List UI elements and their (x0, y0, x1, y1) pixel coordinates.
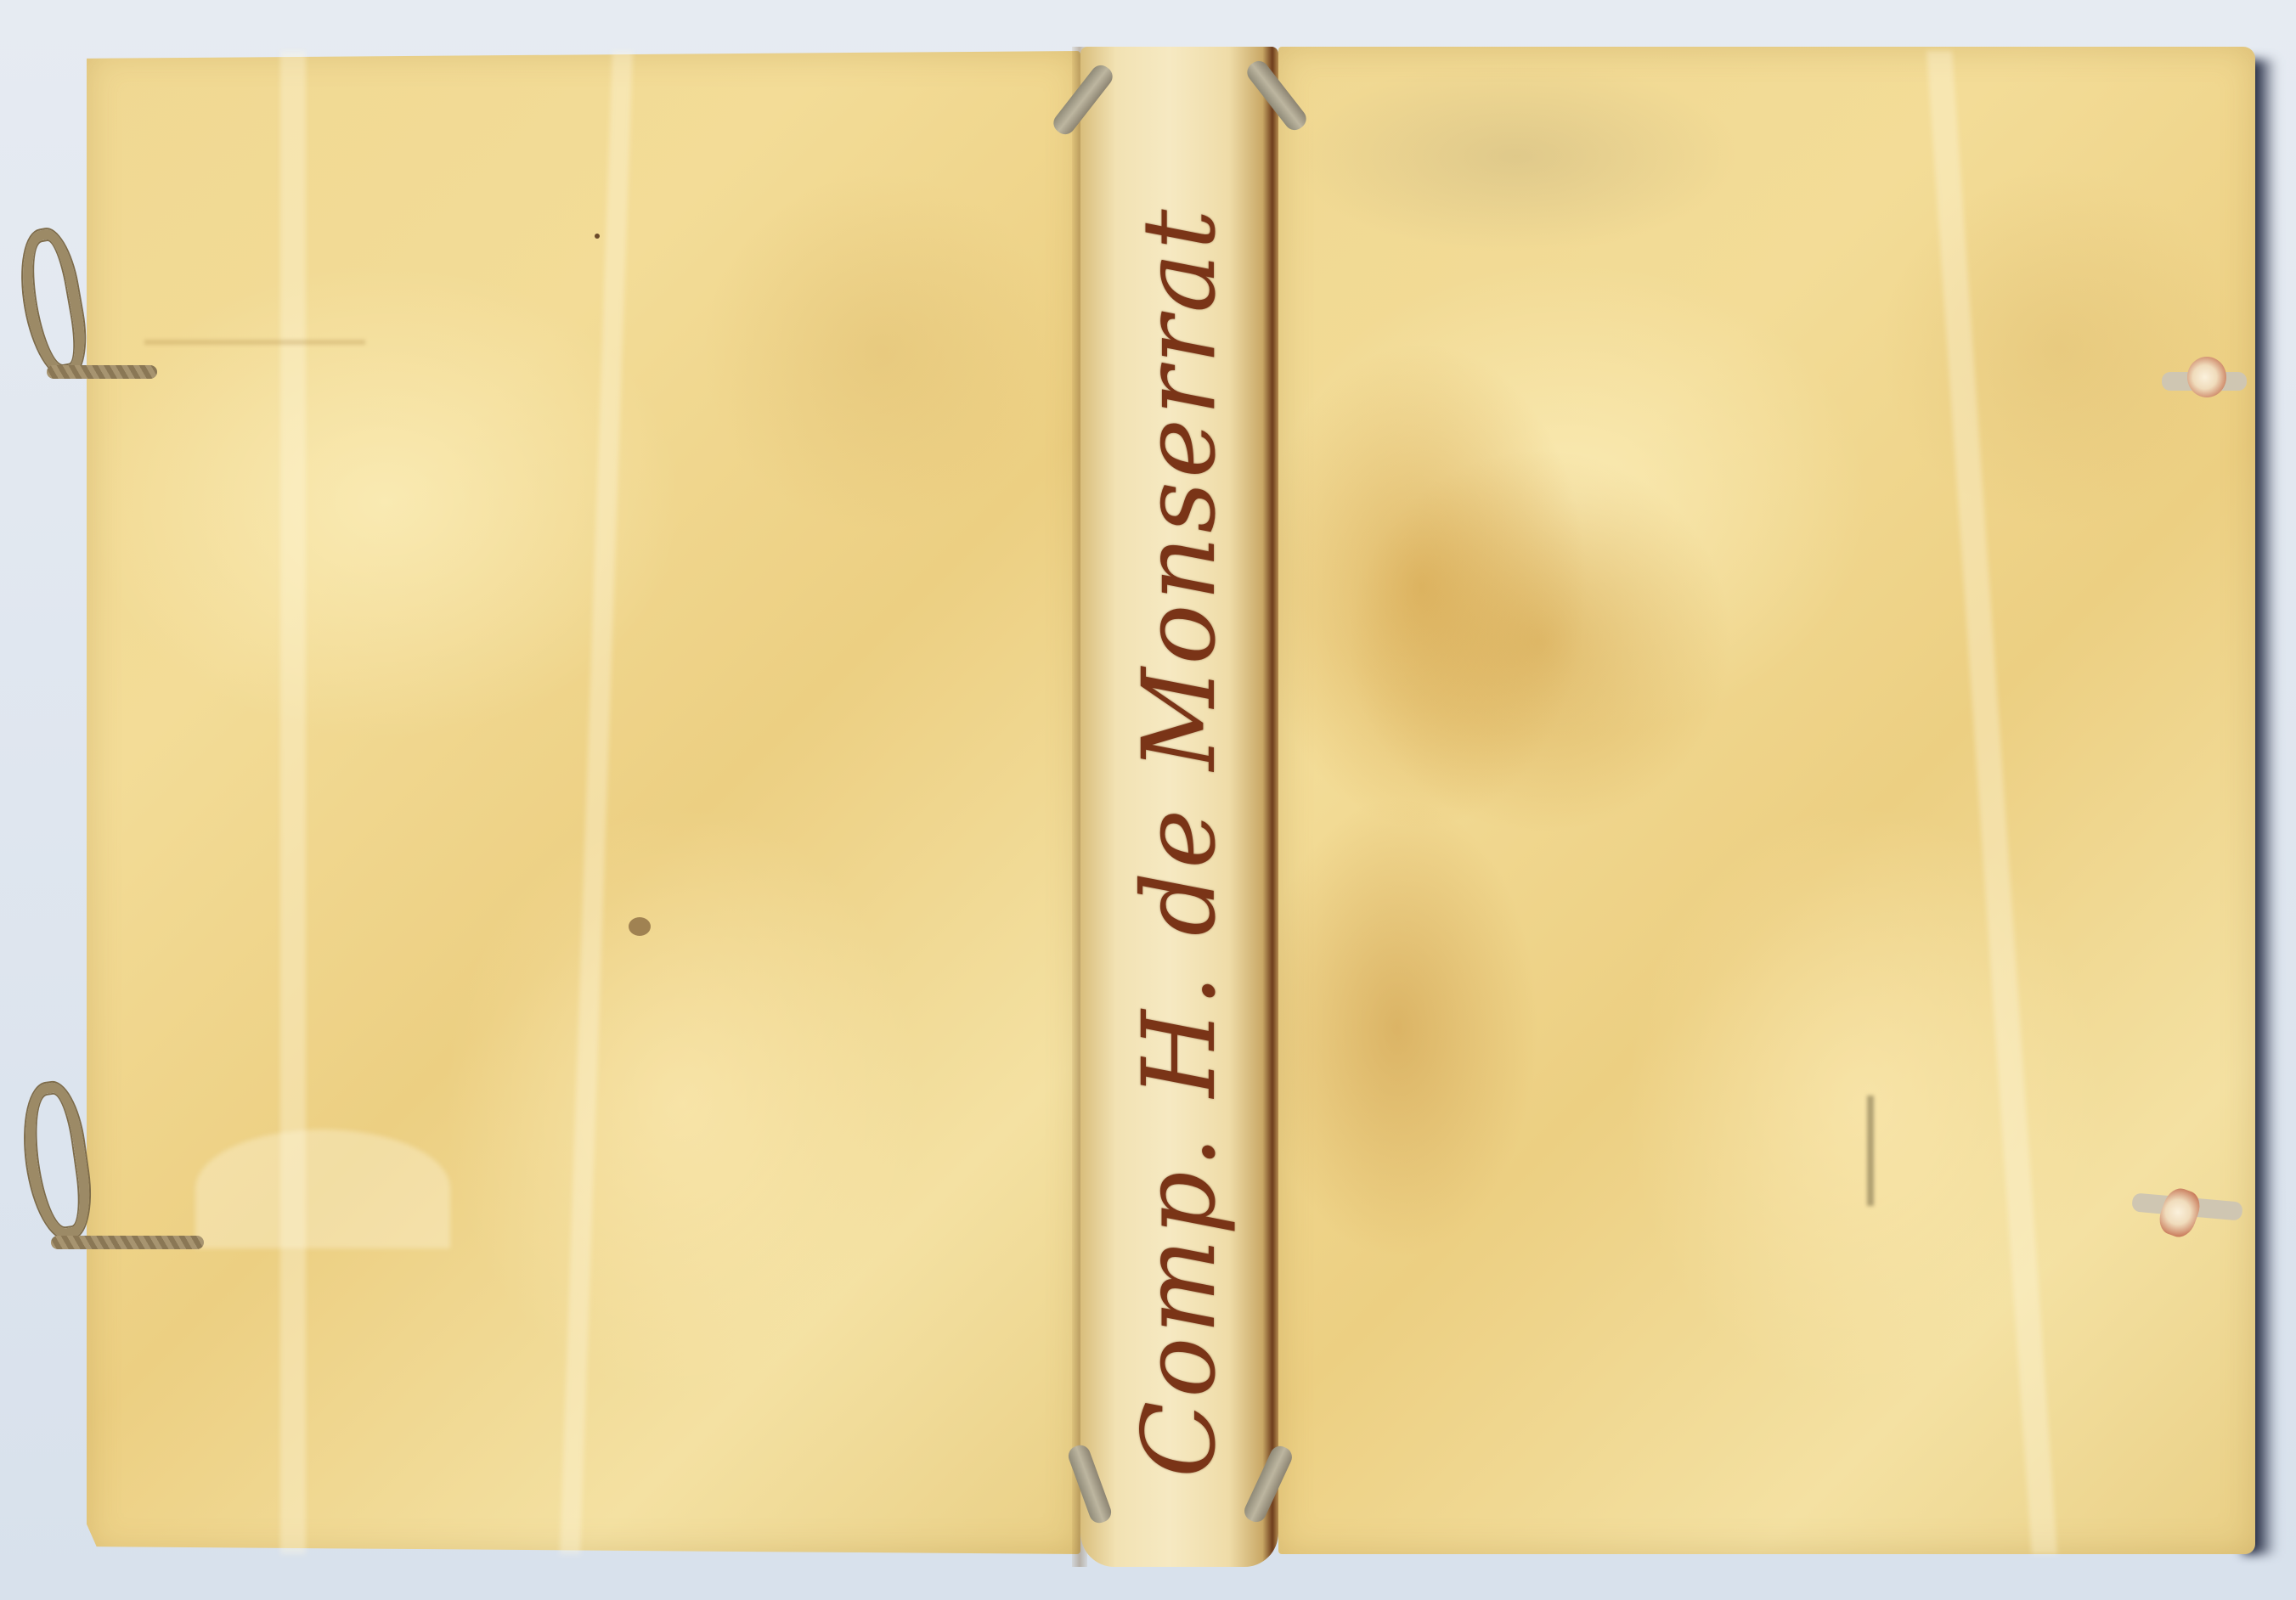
cord (47, 365, 157, 379)
water-stain-top (1278, 68, 1873, 289)
stain-spot (595, 234, 600, 239)
stain-spot (629, 917, 651, 936)
cover-wrinkle (195, 1130, 450, 1248)
crease (144, 340, 365, 345)
spine-inscription: Comp. H. de Monserrat (1138, 34, 1220, 1478)
cord (51, 1236, 204, 1249)
ink-mark (1867, 1096, 1874, 1206)
bead-toggle-icon (2187, 357, 2226, 397)
fold-line (280, 51, 306, 1554)
